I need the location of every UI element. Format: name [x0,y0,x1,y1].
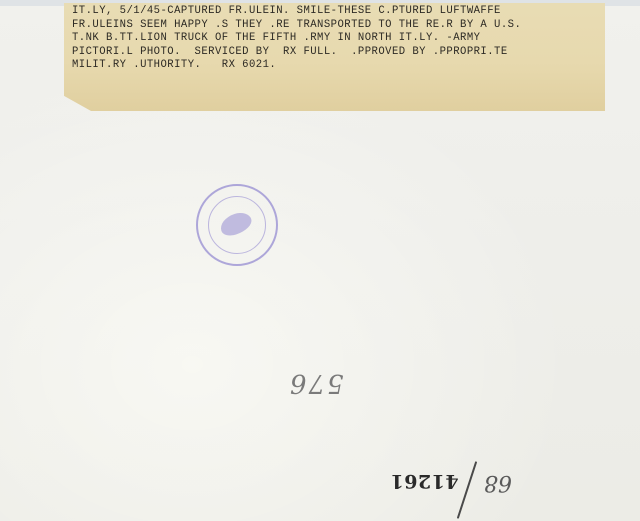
ink-stamp [196,184,278,266]
caption-text: IT.LY, 5/1/45-CAPTURED FR.ULEIN. SMILE-T… [72,5,521,73]
handwritten-note: 68 [484,470,512,495]
handwritten-number: 576 [288,368,344,398]
stamped-number: 41261 [390,470,459,492]
typed-caption-strip: IT.LY, 5/1/45-CAPTURED FR.ULEIN. SMILE-T… [64,3,605,111]
